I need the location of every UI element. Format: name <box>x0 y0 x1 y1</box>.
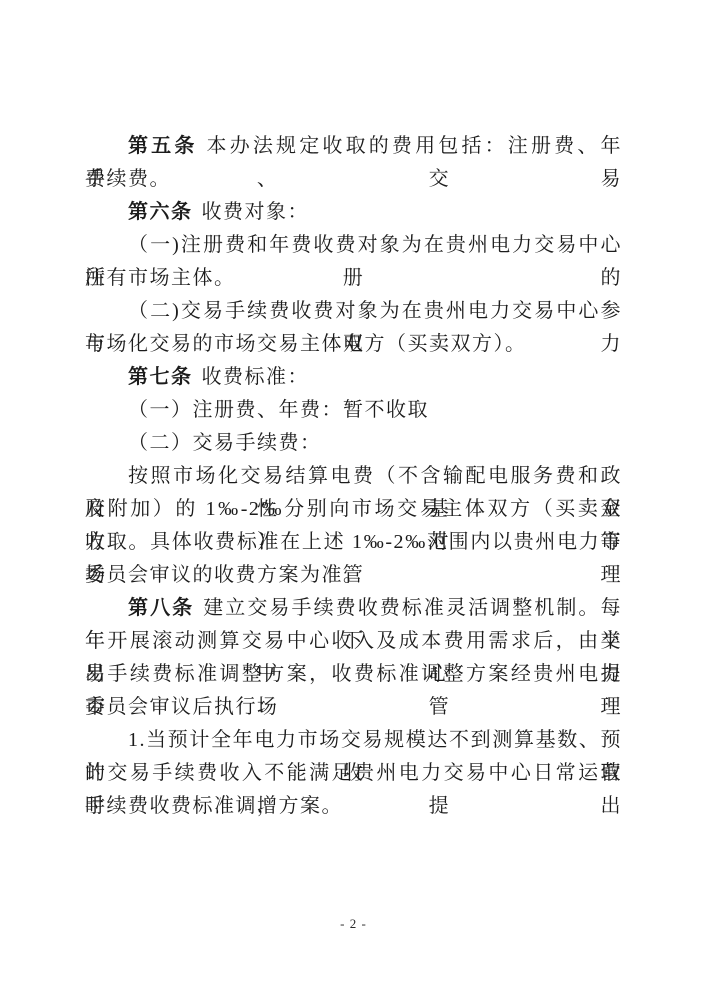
line-text: 委员会审议的收费方案为准。 <box>85 564 365 586</box>
document-line: 第七条收费标准： <box>85 361 622 394</box>
article-number-bold: 第七条 <box>128 366 193 388</box>
document-line: 按照市场化交易结算电费（不含输配电服务费和政府性基金 <box>85 460 622 493</box>
line-text: 手续费。 <box>85 168 171 190</box>
document-line: 第五条本办法规定收取的费用包括：注册费、年费、交易 <box>85 130 622 163</box>
document-line: （一)注册费和年费收费对象为在贵州电力交易中心注册的 <box>85 229 622 262</box>
line-text: 委员会审议后执行： <box>85 696 279 718</box>
article-number-bold: 第六条 <box>128 201 193 223</box>
document-line: 年开展滚动测算交易中心收入及成本费用需求后，由交易中心提 <box>85 625 622 658</box>
document-body: 第五条本办法规定收取的费用包括：注册费、年费、交易 手续费。 第六条收费对象： … <box>85 130 622 823</box>
line-text: 手续费收费标准调增方案。 <box>85 795 343 817</box>
document-line: 1.当预计全年电力市场交易规模达不到测算基数、预计收取 <box>85 724 622 757</box>
document-line: 的交易手续费收入不能满足贵州电力交易中心日常运营时，提出 <box>85 757 622 790</box>
document-line: （二)交易手续费收费对象为在贵州电力交易中心参与电力 <box>85 295 622 328</box>
line-text: 收费标准： <box>202 366 310 388</box>
document-line: 第八条建立交易手续费收费标准灵活调整机制。每年下半 <box>85 592 622 625</box>
article-number-bold: 第五条 <box>128 135 198 157</box>
article-number-bold: 第八条 <box>128 597 194 619</box>
line-text: （二）交易手续费： <box>128 432 322 454</box>
document-line: 第六条收费对象： <box>85 196 622 229</box>
line-text: （一）注册费、年费：暂不收取 <box>128 399 429 421</box>
document-line: 及附加）的 1‰-2‰分别向市场交易主体双方（买卖双方）对等 <box>85 493 622 526</box>
document-page: 第五条本办法规定收取的费用包括：注册费、年费、交易 手续费。 第六条收费对象： … <box>0 0 707 1000</box>
page-number: - 2 - <box>0 916 707 932</box>
document-line: （一）注册费、年费：暂不收取 <box>85 394 622 427</box>
document-line: 收取。具体收费标准在上述 1‰-2‰范围内以贵州电力市场管理 <box>85 526 622 559</box>
line-text: 所有市场主体。 <box>85 267 236 289</box>
document-line: 出手续费标准调整方案，收费标准调整方案经贵州电力市场管理 <box>85 658 622 691</box>
line-text: 市场化交易的市场交易主体双方（买卖双方）。 <box>85 333 527 355</box>
line-text: 收费对象： <box>202 201 310 223</box>
document-line: （二）交易手续费： <box>85 427 622 460</box>
